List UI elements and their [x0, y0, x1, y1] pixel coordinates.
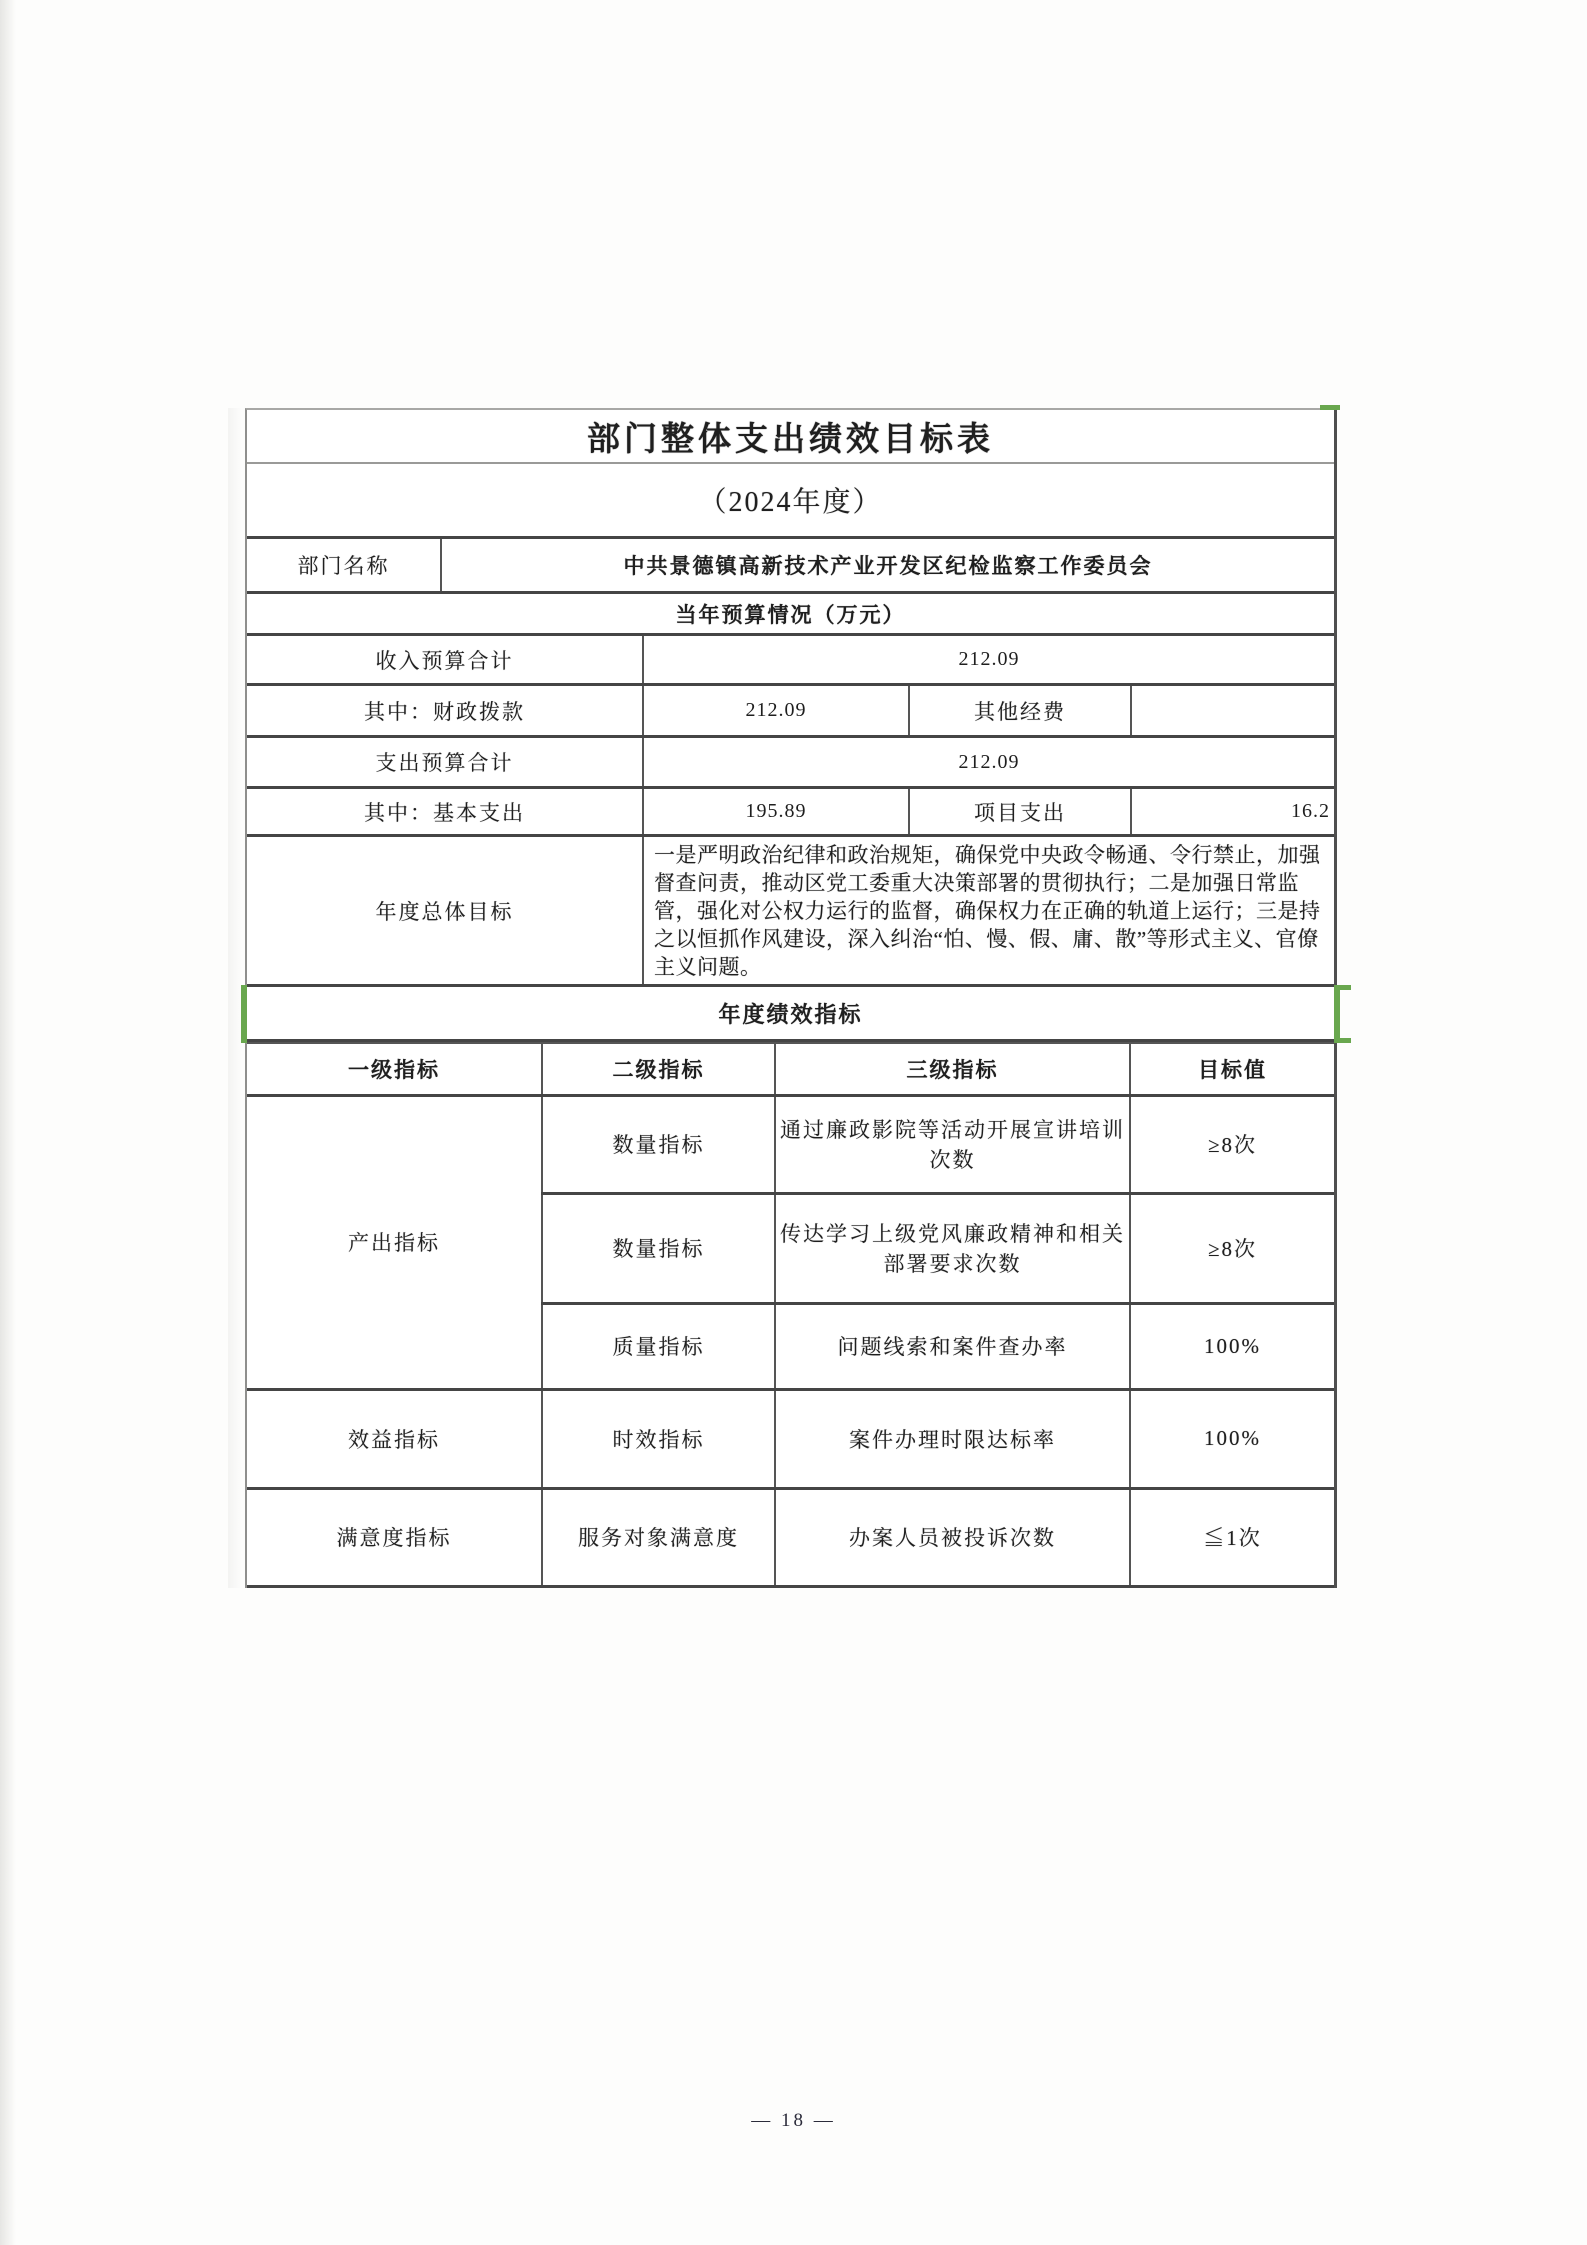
- income-total-value: 212.09: [959, 648, 1020, 671]
- green-accent-top-right: [1320, 405, 1340, 410]
- indicator-table: 一级指标 二级指标 三级指标 目标值 产出指标 数量指标 通过廉政影院等活动开展…: [247, 1042, 1334, 1588]
- level3-cell: 通过廉政影院等活动开展宣讲培训次数: [775, 1095, 1130, 1193]
- document-title: 部门整体支出绩效目标表: [587, 413, 994, 460]
- target-cell: 100%: [1130, 1389, 1334, 1488]
- other-funds-label: 其他经费: [974, 696, 1066, 726]
- scanned-document-page: { "page": { "title": "部门整体支出绩效目标表", "sub…: [0, 0, 1587, 2245]
- performance-banner-row: 年度绩效指标: [247, 987, 1334, 1042]
- expense-total-label: 支出预算合计: [376, 747, 514, 777]
- green-accent-stub-top: [1337, 985, 1351, 990]
- expenditure-performance-table: 部门整体支出绩效目标表 （2024年度） 部门名称 中共景德镇高新技术产业开发区…: [245, 408, 1337, 1588]
- level1-output: 产出指标: [247, 1095, 542, 1389]
- level1-benefit: 效益指标: [247, 1389, 542, 1488]
- target-cell: 100%: [1130, 1303, 1334, 1389]
- scan-edge-shadow: [0, 0, 16, 2245]
- department-row: 部门名称 中共景德镇高新技术产业开发区纪检监察工作委员会: [247, 539, 1334, 594]
- basic-expense-label: 其中：基本支出: [364, 797, 525, 827]
- fiscal-value: 212.09: [746, 699, 807, 722]
- green-accent-stub-bottom: [1337, 1038, 1351, 1043]
- performance-section-title: 年度绩效指标: [718, 998, 862, 1029]
- department-label: 部门名称: [298, 550, 390, 580]
- green-accent-banner-left: [241, 985, 247, 1043]
- annual-goal-text: 一是严明政治纪律和政治规矩，确保党中央政令畅通、令行禁止，加强督查问责，推动区党…: [644, 835, 1334, 987]
- indicator-row: 效益指标 时效指标 案件办理时限达标率 100%: [247, 1389, 1334, 1488]
- fiscal-label: 其中：财政拨款: [364, 696, 525, 726]
- level3-cell: 案件办理时限达标率: [775, 1389, 1130, 1488]
- income-total-label: 收入预算合计: [376, 645, 514, 675]
- project-expense-value: 16.2: [1291, 800, 1330, 823]
- budget-section-header: 当年预算情况（万元）: [247, 594, 1334, 636]
- level3-cell: 传达学习上级党风廉政精神和相关部署要求次数: [775, 1193, 1130, 1303]
- department-value: 中共景德镇高新技术产业开发区纪检监察工作委员会: [624, 550, 1153, 580]
- basic-expense-row: 其中：基本支出 195.89 项目支出 16.2: [247, 789, 1334, 837]
- indicator-row: 产出指标 数量指标 通过廉政影院等活动开展宣讲培训次数 ≥8次: [247, 1095, 1334, 1193]
- level3-cell: 问题线索和案件查办率: [775, 1303, 1130, 1389]
- expense-total-value: 212.09: [959, 751, 1020, 774]
- level1-satisfaction: 满意度指标: [247, 1488, 542, 1586]
- indicator-row: 满意度指标 服务对象满意度 办案人员被投诉次数 ≦1次: [247, 1488, 1334, 1586]
- level2-cell: 数量指标: [542, 1193, 775, 1303]
- target-cell: ≥8次: [1130, 1095, 1334, 1193]
- level2-cell: 时效指标: [542, 1389, 775, 1488]
- green-accent-banner-right: [1334, 985, 1340, 1043]
- level2-cell: 质量指标: [542, 1303, 775, 1389]
- basic-expense-value: 195.89: [746, 800, 807, 823]
- indicator-header-row: 一级指标 二级指标 三级指标 目标值: [247, 1043, 1334, 1095]
- annual-goal-row: 年度总体目标 一是严明政治纪律和政治规矩，确保党中央政令畅通、令行禁止，加强督查…: [247, 837, 1334, 987]
- subtitle-row: （2024年度）: [247, 464, 1334, 539]
- level2-cell: 数量指标: [542, 1095, 775, 1193]
- title-row: 部门整体支出绩效目标表: [247, 410, 1334, 464]
- expense-total-row: 支出预算合计 212.09: [247, 738, 1334, 789]
- project-expense-label: 项目支出: [974, 797, 1066, 827]
- income-total-row: 收入预算合计 212.09: [247, 636, 1334, 686]
- budget-section-title: 当年预算情况（万元）: [676, 599, 906, 629]
- header-level3: 三级指标: [775, 1043, 1130, 1095]
- fiscal-row: 其中：财政拨款 212.09 其他经费: [247, 686, 1334, 738]
- page-number: — 18 —: [0, 2110, 1587, 2132]
- annual-goal-label: 年度总体目标: [376, 896, 514, 926]
- scan-left-band: [228, 408, 242, 1588]
- header-target: 目标值: [1130, 1043, 1334, 1095]
- level2-cell: 服务对象满意度: [542, 1488, 775, 1586]
- target-cell: ≦1次: [1130, 1488, 1334, 1586]
- level3-cell: 办案人员被投诉次数: [775, 1488, 1130, 1586]
- header-level2: 二级指标: [542, 1043, 775, 1095]
- target-cell: ≥8次: [1130, 1193, 1334, 1303]
- document-subtitle: （2024年度）: [698, 480, 882, 520]
- header-level1: 一级指标: [247, 1043, 542, 1095]
